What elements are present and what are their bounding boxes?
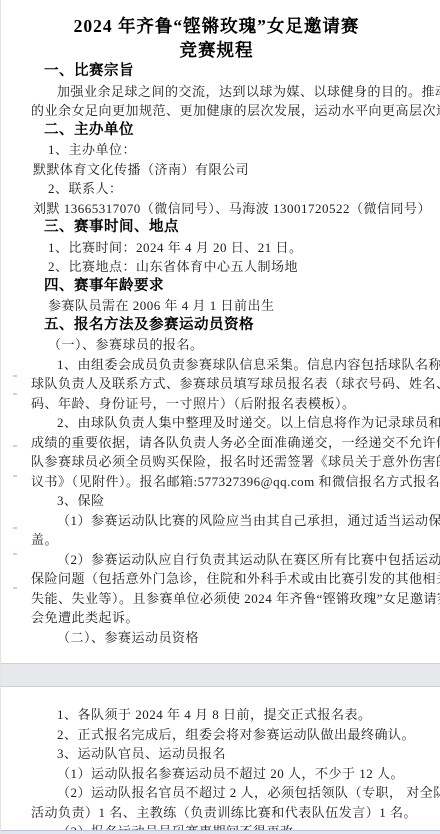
bottom-bar — [1, 830, 440, 834]
paragraph-line: 1、由组委会成员负责参赛球队信息采集。信息内容包括球队名称、 — [1, 355, 440, 375]
revision-mark-icon — [13, 553, 17, 555]
page-1: 2024 年齐鲁“铿锵玫瑰”女足邀请赛竞赛规程一、比赛宗旨加强业余足球之间的交流… — [1, 0, 440, 663]
list-item: 2、联系人： — [1, 179, 440, 199]
revision-mark-icon — [13, 393, 17, 395]
paragraph-line: 失能、失业等）。且参赛单位必须使 2024 年齐鲁“铿锵玫瑰”女足邀请赛组委 — [1, 589, 440, 609]
section-heading: 四、赛事年龄要求 — [1, 277, 440, 297]
paragraph-line: 的业余女足向更加规范、更加健康的层次发展，运动水平向更高层次迈进。 — [1, 101, 440, 121]
paragraph-line: 成绩的重要依据，请各队负责人务必全面准确递交，一经递交不允许修改。各 — [1, 433, 440, 453]
revision-mark-icon — [13, 475, 17, 477]
page-1-content: 2024 年齐鲁“铿锵玫瑰”女足邀请赛竞赛规程一、比赛宗旨加强业余足球之间的交流… — [1, 14, 440, 647]
paragraph-line: 加强业余足球之间的交流，达到以球为媒、以球健身的目的。推动山东省 — [1, 82, 440, 102]
page-break-gap — [1, 663, 440, 687]
paragraph-line: 3、运动队官员、运动员报名 — [1, 744, 440, 764]
text-line: 默默体育文化传播（济南）有限公司 — [1, 160, 440, 180]
section-heading: 三、赛事时间、地点 — [1, 218, 440, 238]
paragraph-line: 2、正式报名完成后，组委会将对参赛运动队做出最终确认。 — [1, 725, 440, 745]
revision-mark-icon — [13, 445, 17, 447]
paragraph-line: （1）参赛运动队比赛的风险应当由其自己承担，通过适当运动保险合同进行覆 — [1, 511, 440, 531]
section-heading: 一、比赛宗旨 — [1, 62, 440, 82]
list-item: 1、主办单位： — [1, 140, 440, 160]
paragraph-line: 码、年龄、身份证号，一寸照片）（后附报名表模板）。 — [1, 394, 440, 414]
page-2-content: 1、各队须于 2024 年 4 月 8 日前，提交正式报名表。2、正式报名完成后… — [1, 705, 440, 834]
list-item: （一）、参赛球员的报名。 — [1, 335, 440, 355]
paragraph-line: 活动负责）1 名、主教练（负责训练比赛和代表队伍发言）1 名。 — [1, 803, 440, 823]
paragraph-line: 1、各队须于 2024 年 4 月 8 日前，提交正式报名表。 — [1, 705, 440, 725]
paragraph-line: 球队负责人及联系方式、参赛球员填写球员报名表（球衣号码、姓名、手机号 — [1, 374, 440, 394]
list-item: 1、比赛时间：2024 年 4 月 20 日、21 日。 — [1, 238, 440, 258]
list-item: 2、比赛地点：山东省体育中心五人制场地 — [1, 257, 440, 277]
document-viewer[interactable]: 2024 年齐鲁“铿锵玫瑰”女足邀请赛竞赛规程一、比赛宗旨加强业余足球之间的交流… — [0, 0, 440, 834]
section-heading: 二、主办单位 — [1, 121, 440, 141]
page-2: 1、各队须于 2024 年 4 月 8 日前，提交正式报名表。2、正式报名完成后… — [1, 687, 440, 834]
list-item: 参赛队员需在 2006 年 4 月 1 日前出生 — [1, 296, 440, 316]
paragraph-line: 保险问题（包括意外门急诊，住院和外科手术或由比赛引发的其他相关问题，如 — [1, 569, 440, 589]
paragraph-line: 3、保险 — [1, 491, 440, 511]
text-line: 刘默 13665317070（微信同号）、马海波 13001720522（微信同… — [1, 199, 440, 219]
paragraph-line: 队参赛球员必须全员购买保险，报名时还需签署《球员关于意外伤害的免责协 — [1, 452, 440, 472]
paragraph-line: 议书》（见附件）。报名邮箱:577327396@qq.com 和微信报名方式报名… — [1, 472, 440, 492]
paragraph-line: 会免遭此类起诉。 — [1, 608, 440, 628]
revision-mark-icon — [13, 375, 17, 377]
paragraph-line: 2、由球队负责人集中整理及时递交。以上信息将作为记录球员和球队比赛 — [1, 413, 440, 433]
section-heading: 五、报名方法及参赛运动员资格 — [1, 316, 440, 336]
doc-title: 竞赛规程 — [1, 38, 440, 62]
paragraph-line: （二）、参赛运动员资格 — [1, 628, 440, 648]
revision-mark-icon — [13, 587, 17, 589]
paragraph-line: （2）运动队报名官员不超过 2 人，必须包括领队（专职， 对全队所有 — [1, 783, 440, 803]
paragraph-line: 盖。 — [1, 530, 440, 550]
paragraph-line: （1）运动队报名参赛运动员不超过 20 人，不少于 12 人。 — [1, 764, 440, 784]
revision-mark-icon — [13, 527, 17, 529]
doc-title: 2024 年齐鲁“铿锵玫瑰”女足邀请赛 — [1, 14, 440, 38]
paragraph-line: （2）参赛运动队应自行负责其运动队在赛区所有比赛中包括运动员和官员在内的 — [1, 550, 440, 570]
